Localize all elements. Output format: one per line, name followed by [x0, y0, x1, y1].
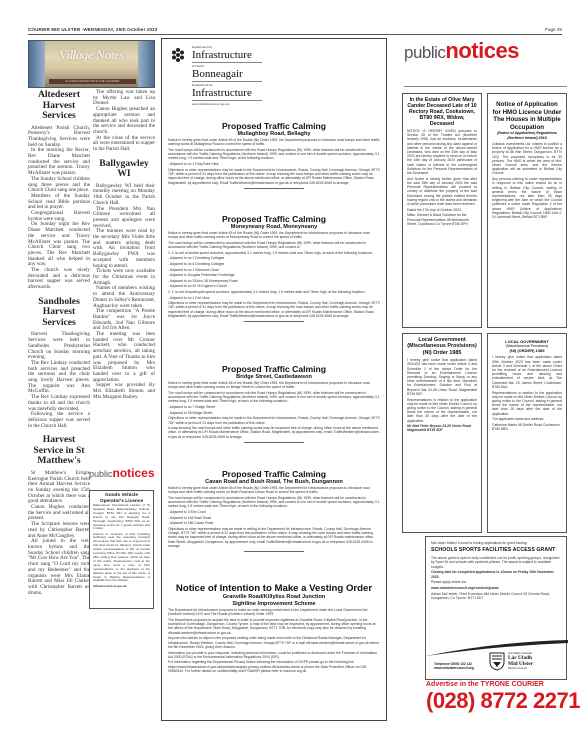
notice-text: Outback Investments Ltd. wishes to publi…: [492, 142, 562, 176]
notice-text: Notice is hereby given that under Articl…: [168, 231, 380, 240]
notice-text: The road humps will be constructed in ac…: [168, 241, 380, 250]
article-heading: Altedesert Harvest Services: [28, 90, 90, 122]
notice-text: Notice is hereby given that under Articl…: [168, 138, 380, 147]
notice-subtitle: Moneyneany Road, Moneyneany: [168, 224, 380, 231]
advertise-phone[interactable]: (028) 8772 2271: [426, 688, 580, 714]
notice-title: Proposed Traffic Calming: [168, 214, 380, 224]
notice-text: Representations in relation to the appli…: [407, 398, 477, 423]
dfi-url[interactable]: www.infrastructure-ni.gov.uk: [192, 102, 262, 106]
notice-text: The road humps will be constructed in ac…: [168, 496, 380, 509]
traffic-notice-2: Proposed Traffic Calming Moneyneany Road…: [168, 214, 380, 325]
dfi-hex-icon: [170, 47, 186, 63]
banner-title: Village Notes: [59, 47, 124, 63]
notice-text: Objections or other representations may …: [168, 168, 380, 185]
article-text: The offering was taken up by Myrtle Law …: [93, 90, 155, 107]
dept-title: Infrastructure: [192, 49, 262, 63]
page-number: Page 29: [545, 27, 562, 32]
mudc-contact: Telephone 03000 132 132 www.midulstercou…: [434, 662, 474, 670]
article-text: Canon Hughes conducted the Service and w…: [28, 505, 90, 522]
article-text: Harvest Thanksgiving Services were held …: [28, 332, 90, 361]
notice-text: The above grant is open to fully constit…: [431, 556, 561, 569]
council-crest-icon: [489, 651, 505, 671]
banner-left-image: [29, 41, 45, 88]
notice-text: Anyone who wishes to object to the propo…: [168, 636, 380, 649]
notice-text: - Adjacent to no 7 Bridge Street: [168, 405, 380, 409]
article-text: The President Mrs Nan Gilmore welcomed a…: [93, 207, 155, 230]
notice-text: Catherine Martin 68 Dirriter Road Cookst…: [492, 423, 562, 431]
banner-strip: IN ASSOCIATION WITH THE COURIER: [49, 79, 136, 84]
logo-notices: notices: [445, 38, 519, 63]
village-notes-banner: Village Notes IN ASSOCIATION WITH THE CO…: [28, 40, 155, 88]
local-government-notice-2: LOCAL GOVERNMENT (Miscellaneous Provisio…: [487, 333, 567, 533]
notice-title: Notice of Application for HMO Licence Un…: [492, 101, 562, 131]
notice-text: Dated the 17th day of October 2023.: [407, 208, 477, 212]
traffic-notice-1: Proposed Traffic Calming Mullaghboy Road…: [168, 121, 380, 192]
notice-text: - Adjacent to no 40 St Eugene's Church: [168, 284, 380, 288]
notice-text: - Adjacent to no 1 Fort View: [168, 296, 380, 300]
notice-text: - Adjacent to 184 Bush Road: [168, 516, 380, 520]
article-text: Altedesert Parish Church, Pomeroy's Harv…: [28, 126, 90, 149]
notice-text: Any persons wishing to make representati…: [492, 177, 562, 219]
hmo-notice: Notice of Application for HMO Licence Un…: [487, 93, 567, 328]
notice-text: - Adjacent to no 32A/no 38 Moneyneany Ro…: [168, 279, 380, 283]
header-rule: [28, 34, 562, 35]
notice-subtitle: (Notice of Application) Regulations (Nor…: [492, 131, 562, 140]
article-text: Members of the Sunday School read Bible …: [28, 194, 90, 211]
article-text: Following the service a delicious supper…: [28, 412, 90, 429]
logo-english-suffix: District Council: [508, 667, 533, 670]
notice-subtitle: Mullaghboy Road, Bellaghy: [168, 131, 380, 138]
traffic-notice-3: Proposed Traffic Calming Bridge Street, …: [168, 364, 380, 446]
article-text: The competition "A Prettie Hankie" was 1…: [93, 309, 155, 332]
dept-title: Bonneagair: [192, 68, 262, 82]
notice-text: Information you provide in your response…: [168, 651, 380, 660]
article-heading: Sandholes Harvest Services: [28, 297, 90, 329]
notice-text: The applicants name and address:: [492, 417, 562, 421]
notice-text: The Department proposes to acquire the l…: [168, 618, 380, 635]
notice-text: 2. 1 no set of quadruplet speed cushions…: [168, 290, 380, 294]
divider: [244, 321, 304, 322]
notice-link[interactable]: infrastructure-ni.gov.uk: [93, 585, 150, 589]
article-heading: Ballygawley WI: [93, 159, 155, 180]
notice-title: Local Government (Miscellaneous Provisio…: [407, 337, 477, 356]
banner-right-image: [138, 41, 154, 88]
notice-text: Representations in relation to the appli…: [492, 391, 562, 416]
article-text: The Sunday School children sang three pi…: [28, 177, 90, 194]
notice-subtitle: Bridge Street, Castledawson: [168, 374, 380, 381]
notice-subtitle: Granville Road/Killyliss Road Junction: [168, 594, 380, 601]
article-text: Tickets were now available for the Chris…: [93, 269, 155, 286]
notice-text: I hereby give notice that application da…: [407, 358, 477, 396]
notice-text: The road humps will be constructed in ac…: [168, 148, 380, 161]
dfi-notices-box: Department for Infrastructure An Roinn B…: [161, 38, 387, 721]
article-text: The Scripture lessons were read by Chris…: [28, 522, 90, 539]
traffic-notice-4: Proposed Traffic Calming Cavan Road and …: [168, 469, 380, 555]
notice-text: A map showing the road humps and other t…: [168, 426, 380, 439]
estate-notice: In the Estate of Olive Mary Cander Decea…: [402, 93, 482, 328]
grants-link[interactable]: www.midulstercouncil.org/resident/grants: [431, 586, 561, 590]
dfi-logo: Department for Infrastructure An Roinn B…: [170, 45, 262, 106]
notice-text: Objections or other representations may …: [168, 527, 380, 548]
notice-title: In the Estate of Olive Mary Cander Decea…: [407, 97, 477, 127]
advertise-line: Advertise in the TYRONE COURIER: [426, 681, 544, 688]
column-2: The offering was taken up by Myrtle Law …: [93, 90, 155, 400]
dept-title: Infrastructure: [192, 87, 262, 101]
divider: [244, 188, 304, 189]
notice-title: Proposed Traffic Calming: [168, 469, 380, 479]
article-text: Ballygawley WI held their monthly meetin…: [93, 184, 155, 207]
notice-title: SCHOOLS SPORTS FACILITIES ACCESS GRANT: [431, 547, 561, 553]
article-text: On Sunday night the Rev Diane Matchett c…: [28, 222, 90, 268]
mudc-website[interactable]: www.midulstercouncil.org: [434, 666, 474, 670]
mudc-grant-notice: Mid Ulster District Council is inviting …: [425, 536, 567, 680]
divider: [244, 551, 304, 552]
goods-vehicle-notice: Goods Vehicle Operator's Licence Ballyma…: [89, 490, 154, 609]
mudc-logo-text: Comhairle Ceantair Lár Uladh Mid Ulster …: [508, 652, 533, 671]
notice-subtitle: Cavan Road and Bush Road, The Bush, Dung…: [168, 479, 380, 486]
notice-text: - Adjacent to 186 Cavan Road: [168, 521, 380, 525]
notice-text: Adrian McCreesh, Chief Executive Mid Uls…: [431, 592, 561, 600]
notice-text: Owners or occupiers of land (including b…: [93, 533, 150, 584]
notice-text: And Notice is hereby further given that …: [407, 177, 477, 206]
notice-text: Notice is hereby given that under Articl…: [168, 486, 380, 495]
article-text: St Matthew's Errigle Keerogue Parish Chu…: [28, 471, 90, 505]
notice-text: - Adjacent to Douglas Pedestrian Footbri…: [168, 273, 380, 277]
notice-text: Objections or other representations may …: [168, 301, 380, 318]
notice-signature: Mr Niall Peter Bryson 24-28 Union Road M…: [407, 424, 477, 432]
notice-subtitle: Sightline Improvement Scheme: [168, 601, 380, 608]
notice-text: - Adjacent to 28 Bridge Street.: [168, 411, 380, 415]
notice-text: For information regarding the Department…: [168, 660, 380, 673]
logo-public: public: [89, 469, 113, 479]
public-notices-logo: publicnotices: [404, 38, 519, 64]
notice-text: The Department for Infrastructure propos…: [168, 608, 380, 617]
logo-public: public: [404, 43, 445, 62]
article-text: The Rev Lindsay conducted both services …: [28, 361, 90, 395]
notice-text: The road humps will be constructed in ac…: [168, 391, 380, 404]
column-1: Altedesert Harvest Services Altedesert P…: [28, 88, 90, 596]
article-text: The church was nicely decorated and a de…: [28, 268, 90, 291]
notice-text: Mid Ulster District Council is inviting …: [431, 541, 561, 545]
article-text: The Rev Lindsay expressed thanks to all …: [28, 395, 90, 412]
notice-text: - Adjacent to no 6 Drumking Cottages: [168, 262, 380, 266]
public-notices-rule: [404, 86, 567, 87]
notice-title: Notice of Intention to Make a Vesting Or…: [168, 584, 380, 594]
notice-text: Millar, Shearer & Black Solicitors for t…: [407, 213, 477, 226]
article-text: At the close of the service all were ent…: [93, 136, 155, 153]
notice-text: I hereby give notice that application da…: [492, 355, 562, 389]
notice-text: Ballymacowl International Limited of 70 …: [93, 504, 150, 531]
notice-text: Closing date for completed applications …: [431, 570, 561, 578]
notice-text: NOTICE IS HEREBY GIVEN pursuant to Secti…: [407, 129, 477, 175]
article-text: Supper was provided By Mrs Elizabeth Sti…: [93, 383, 155, 400]
article-text: Canon Hughes preached an appropriate ser…: [93, 107, 155, 136]
divider: [244, 442, 304, 443]
article-text: Names of members wishing to attend the A…: [93, 286, 155, 309]
article-text: In the morning the Rector, Rev Diane Mat…: [28, 148, 90, 177]
article-heading: Harvest Service in St Matthew's: [28, 435, 90, 467]
notice-text: - Adjacent to no 1 Drumking Cottages: [168, 256, 380, 260]
notice-text: - Adjacent to no 1 Folly Bree View: [168, 162, 380, 166]
notice-text: - Adjacent to no 1 Elmwood Close: [168, 268, 380, 272]
notice-title: Proposed Traffic Calming: [168, 121, 380, 131]
publication-header: COURIER MID ULSTER -WEDNESDAY, 25th Octo…: [28, 27, 157, 32]
article-text: All joined in the well known hymns and t…: [28, 539, 90, 596]
notice-text: Please apply online via -: [431, 580, 561, 584]
notice-text: Notice is hereby given that under Articl…: [168, 381, 380, 390]
notice-text: 1. 1 no set of double speed cushions, ap…: [168, 251, 380, 255]
vesting-order-notice: Notice of Intention to Make a Vesting Or…: [168, 584, 380, 675]
notice-subtitle: (NI) (ORDER) 1985: [492, 348, 562, 353]
notice-text: - Adjacent to 3 Elm Court: [168, 510, 380, 514]
notice-text: Objections or other representations may …: [168, 416, 380, 425]
local-government-notice-1: Local Government (Miscellaneous Provisio…: [402, 333, 482, 533]
notice-title: Proposed Traffic Calming: [168, 364, 380, 374]
logo-notices: notices: [113, 466, 155, 480]
public-notices-logo-small: publicnotices: [89, 466, 155, 480]
article-text: The minutes were read by the secretary M…: [93, 229, 155, 269]
article-text: The meeting was then handed over Mr Conn…: [93, 332, 155, 383]
